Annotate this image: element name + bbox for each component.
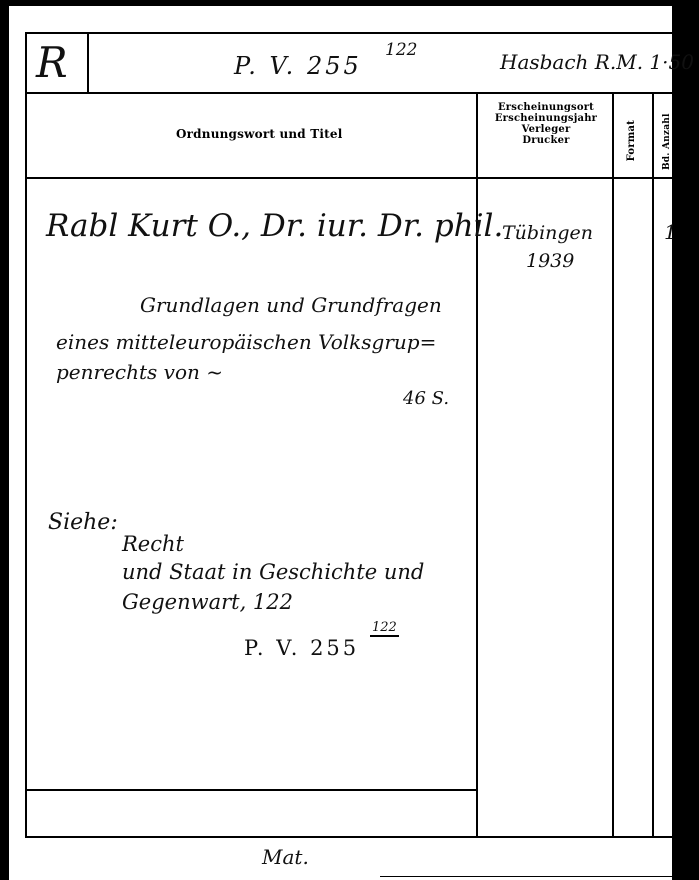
rule-top	[25, 32, 672, 34]
source-note: Hasbach R.M. 1·50	[500, 50, 694, 74]
scan-border-left	[0, 0, 9, 880]
header-publication-column: Erscheinungsort Erscheinungsjahr Verlege…	[480, 102, 612, 146]
entry-title-line-2: eines mitteleuropäischen Volksgrup=	[56, 330, 436, 354]
rule-content-bottom	[25, 789, 477, 791]
rule-header-bottom	[25, 177, 672, 179]
rule-col-format	[612, 92, 614, 836]
scan-border-right	[672, 0, 699, 880]
header-title-column: Ordnungswort und Titel	[176, 127, 343, 141]
rule-header-top	[25, 92, 672, 94]
entry-pages: 46 S.	[403, 388, 449, 409]
see-also-shelfmark: P. V. 255	[244, 636, 359, 660]
see-also-line-2: und Staat in Geschichte und	[122, 560, 424, 584]
rule-col-extra	[652, 92, 654, 836]
cataloguer-initials: Mat.	[262, 845, 309, 869]
rule-letter-box	[87, 32, 89, 94]
entry-title-line-1: Grundlagen und Grundfragen	[140, 293, 442, 317]
entry-title-line-3: penrechts von ~	[56, 360, 223, 384]
rule-card-bottom	[25, 836, 699, 838]
entry-place: Tübingen	[502, 222, 593, 244]
rule-lower-edge	[380, 876, 699, 877]
see-also-label: Siehe:	[48, 510, 118, 535]
header-pub-year: Erscheinungsjahr	[480, 113, 612, 124]
see-also-shelfmark-superscript: 122	[370, 620, 399, 637]
rule-col-publication	[476, 92, 478, 838]
header-publisher: Verleger	[480, 124, 612, 135]
entry-author: Rabl Kurt O., Dr. iur. Dr. phil.	[46, 208, 503, 244]
scan-border-top	[0, 0, 699, 6]
header-pub-place: Erscheinungsort	[480, 102, 612, 113]
header-format-column: Format	[626, 120, 637, 161]
index-letter: R	[36, 38, 68, 87]
header-printer: Drucker	[480, 135, 612, 146]
shelfmark-superscript: 122	[385, 40, 417, 60]
shelfmark: P. V. 255	[234, 52, 362, 80]
see-also-line-3: Gegenwart, 122	[122, 590, 293, 614]
rule-left	[25, 32, 27, 838]
entry-year: 1939	[526, 250, 574, 272]
entry-extra-value: 1	[664, 220, 677, 244]
see-also-line-1: Recht	[122, 532, 184, 556]
header-extra-column: Bd. Anzahl	[662, 110, 672, 170]
